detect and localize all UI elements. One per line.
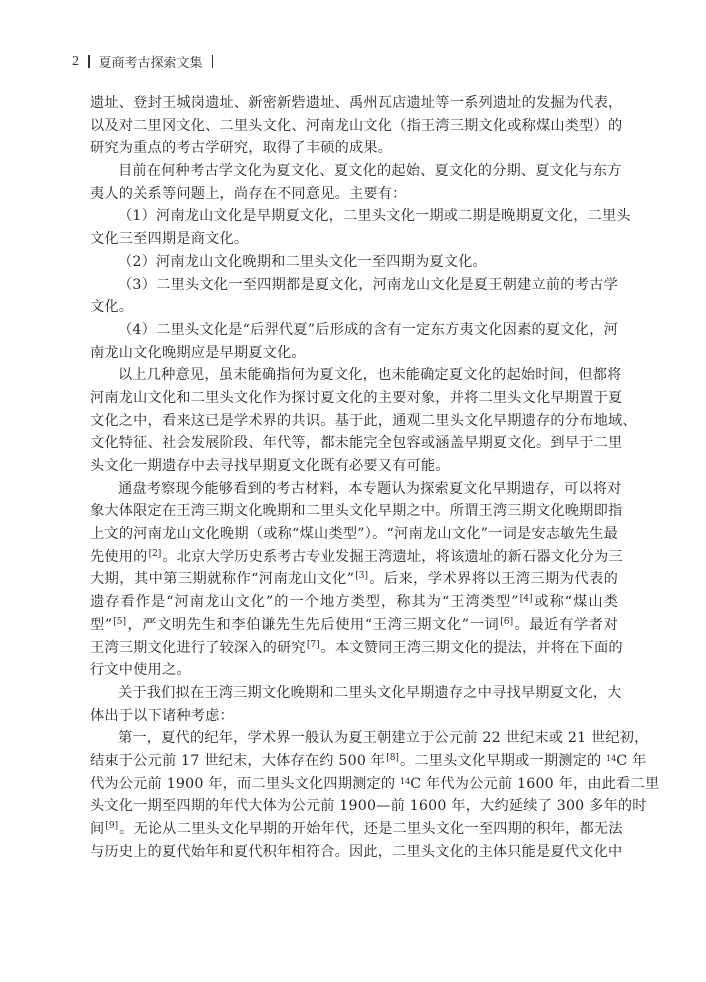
text-line: 南龙山文化晚期应是早期夏文化。 bbox=[90, 342, 618, 365]
text-line: 文化三至四期是商文化。 bbox=[90, 228, 618, 251]
text-segment: 。北京大学历史系考古专业发掘王湾遗址，将该遗址的新石器文化分为三 bbox=[162, 549, 622, 565]
isotope-superscript: 14 bbox=[400, 777, 410, 786]
text-line: 象大体限定在王湾三期文化晚期和二里头文化早期之中。所谓王湾三期文化晚期即指 bbox=[90, 500, 618, 523]
text-line: 大期，其中第三期就称作“河南龙山文化”[3]。后来，学术界将以王湾三期为代表的 bbox=[90, 568, 618, 591]
book-title: 夏商考古探索文集 bbox=[99, 52, 203, 71]
page-number: 2 bbox=[72, 54, 79, 70]
text-segment: 间 bbox=[90, 821, 104, 837]
paragraph-start: 第一，夏代的纪年，学术界一般认为夏王朝建立于公元前 22 世纪末或 21 世纪初… bbox=[90, 727, 618, 750]
paragraph-start: 关于我们拟在王湾三期文化晚期和二里头文化早期遗存之中寻找早期夏文化，大 bbox=[90, 682, 618, 705]
text-segment: C 年代为公元前 1600 年，由此看二里 bbox=[410, 776, 659, 792]
text-line: 代为公元前 1900 年，而二里头文化四期测定的 14C 年代为公元前 1600… bbox=[90, 773, 618, 796]
text-segment: 。最近有学者对 bbox=[514, 617, 618, 633]
text-line: 研究为重点的考古学研究，取得了丰硕的成果。 bbox=[90, 137, 618, 160]
text-line: 头文化一期至四期的年代大体为公元前 1900—前 1600 年，大约延续了 30… bbox=[90, 795, 618, 818]
text-segment: 。本文赞同王湾三期文化的提法，并将在下面的 bbox=[321, 640, 623, 656]
paragraph-start: 以上几种意见，虽未能确指何为夏文化，也未能确定夏文化的起始时间，但都将 bbox=[90, 364, 618, 387]
text-line: 型”[5]，严文明先生和李伯谦先生先后使用“王湾三期文化”一词[6]。最近有学者… bbox=[90, 614, 618, 637]
running-header: 2 夏商考古探索文集 bbox=[72, 52, 222, 71]
text-line: 遗址、登封王城岗遗址、新密新砦遗址、禹州瓦店遗址等一系列遗址的发掘为代表， bbox=[90, 92, 618, 115]
text-line: 与历史上的夏代始年和夏代积年相符合。因此，二里头文化的主体只能是夏代文化中 bbox=[90, 841, 618, 864]
text-segment: 或称“煤山类 bbox=[533, 594, 618, 610]
text-line: 体出于以下诸种考虑： bbox=[90, 705, 618, 728]
text-segment: 。二里头文化早期或一期测定的 bbox=[400, 753, 606, 769]
citation-ref: [8] bbox=[386, 753, 399, 763]
text-line: 夷人的关系等问题上，尚存在不同意见。主要有： bbox=[90, 183, 618, 206]
text-segment: ，严文明先生和李伯谦先生先后使用“王湾三期文化”一词 bbox=[127, 617, 499, 633]
text-segment: C 年 bbox=[616, 753, 646, 769]
list-item-4: （4）二里头文化是“后羿代夏”后形成的含有一定东方夷文化因素的夏文化，河 bbox=[90, 319, 618, 342]
text-line: 结束于公元前 17 世纪末，大体存在约 500 年[8]。二里头文化早期或一期测… bbox=[90, 750, 618, 773]
text-line: 头文化一期遗存中去寻找早期夏文化既有必要又有可能。 bbox=[90, 455, 618, 478]
list-item-3: （3）二里头文化一至四期都是夏文化，河南龙山文化是夏王朝建立前的考古学 bbox=[90, 274, 618, 297]
header-divider bbox=[88, 55, 90, 68]
citation-ref: [6] bbox=[500, 617, 513, 627]
citation-ref: [9] bbox=[105, 821, 118, 831]
citation-ref: [5] bbox=[113, 617, 126, 627]
text-line: 王湾三期文化进行了较深入的研究[7]。本文赞同王湾三期文化的提法，并将在下面的 bbox=[90, 637, 618, 660]
text-segment: 。后来，学术界将以王湾三期为代表的 bbox=[369, 571, 618, 587]
paragraph-start: 目前在何种考古学文化为夏文化、夏文化的起始、夏文化的分期、夏文化与东方 bbox=[90, 160, 618, 183]
citation-ref: [3] bbox=[355, 571, 368, 581]
isotope-superscript: 14 bbox=[606, 754, 616, 763]
text-line: 间[9]。无论从二里头文化早期的开始年代，还是二里头文化一至四期的积年，都无法 bbox=[90, 818, 618, 841]
text-line: 文化之中，看来这已是学术界的共识。基于此，通观二里头文化早期遗存的分布地域、 bbox=[90, 410, 618, 433]
text-line: 遗存看作是“河南龙山文化”的一个地方类型，称其为“王湾类型”[4]或称“煤山类 bbox=[90, 591, 618, 614]
text-line: 行文中使用之。 bbox=[90, 659, 618, 682]
list-item-2: （2）河南龙山文化晚期和二里头文化一至四期为夏文化。 bbox=[90, 251, 618, 274]
text-segment: 王湾三期文化进行了较深入的研究 bbox=[90, 640, 306, 656]
text-line: 文化特征、社会发展阶段、年代等，都未能完全包容或涵盖早期夏文化。到早于二里 bbox=[90, 432, 618, 455]
text-segment: 大期，其中第三期就称作“河南龙山文化” bbox=[90, 571, 354, 587]
text-segment: 结束于公元前 17 世纪末，大体存在约 500 年 bbox=[90, 753, 385, 769]
citation-ref: [2] bbox=[149, 549, 162, 559]
text-line: 河南龙山文化和二里头文化作为探讨夏文化的主要对象，并将二里头文化早期置于夏 bbox=[90, 387, 618, 410]
list-item-1: （1）河南龙山文化是早期夏文化，二里头文化一期或二期是晚期夏文化，二里头 bbox=[90, 205, 618, 228]
text-segment: 先使用的 bbox=[90, 549, 148, 565]
text-line: 以及对二里冈文化、二里头文化、河南龙山文化（指王湾三期文化或称煤山类型）的 bbox=[90, 115, 618, 138]
text-segment: 遗存看作是“河南龙山文化”的一个地方类型，称其为“王湾类型” bbox=[90, 594, 519, 610]
text-segment: 代为公元前 1900 年，而二里头文化四期测定的 bbox=[90, 776, 400, 792]
citation-ref: [7] bbox=[307, 640, 320, 650]
text-line: 上文的河南龙山文化晚期（或称“煤山类型”）。“河南龙山文化”一词是安志敏先生最 bbox=[90, 523, 618, 546]
text-line: 文化。 bbox=[90, 296, 618, 319]
text-segment: 型” bbox=[90, 617, 112, 633]
text-line: 先使用的[2]。北京大学历史系考古专业发掘王湾遗址，将该遗址的新石器文化分为三 bbox=[90, 546, 618, 569]
header-divider bbox=[212, 55, 214, 68]
body-text: 遗址、登封王城岗遗址、新密新砦遗址、禹州瓦店遗址等一系列遗址的发掘为代表， 以及… bbox=[90, 92, 618, 863]
citation-ref: [4] bbox=[520, 594, 533, 604]
text-segment: 。无论从二里头文化早期的开始年代，还是二里头文化一至四期的积年，都无法 bbox=[119, 821, 623, 837]
paragraph-start: 通盘考察现今能够看到的考古材料，本专题认为探索夏文化早期遗存，可以将对 bbox=[90, 478, 618, 501]
